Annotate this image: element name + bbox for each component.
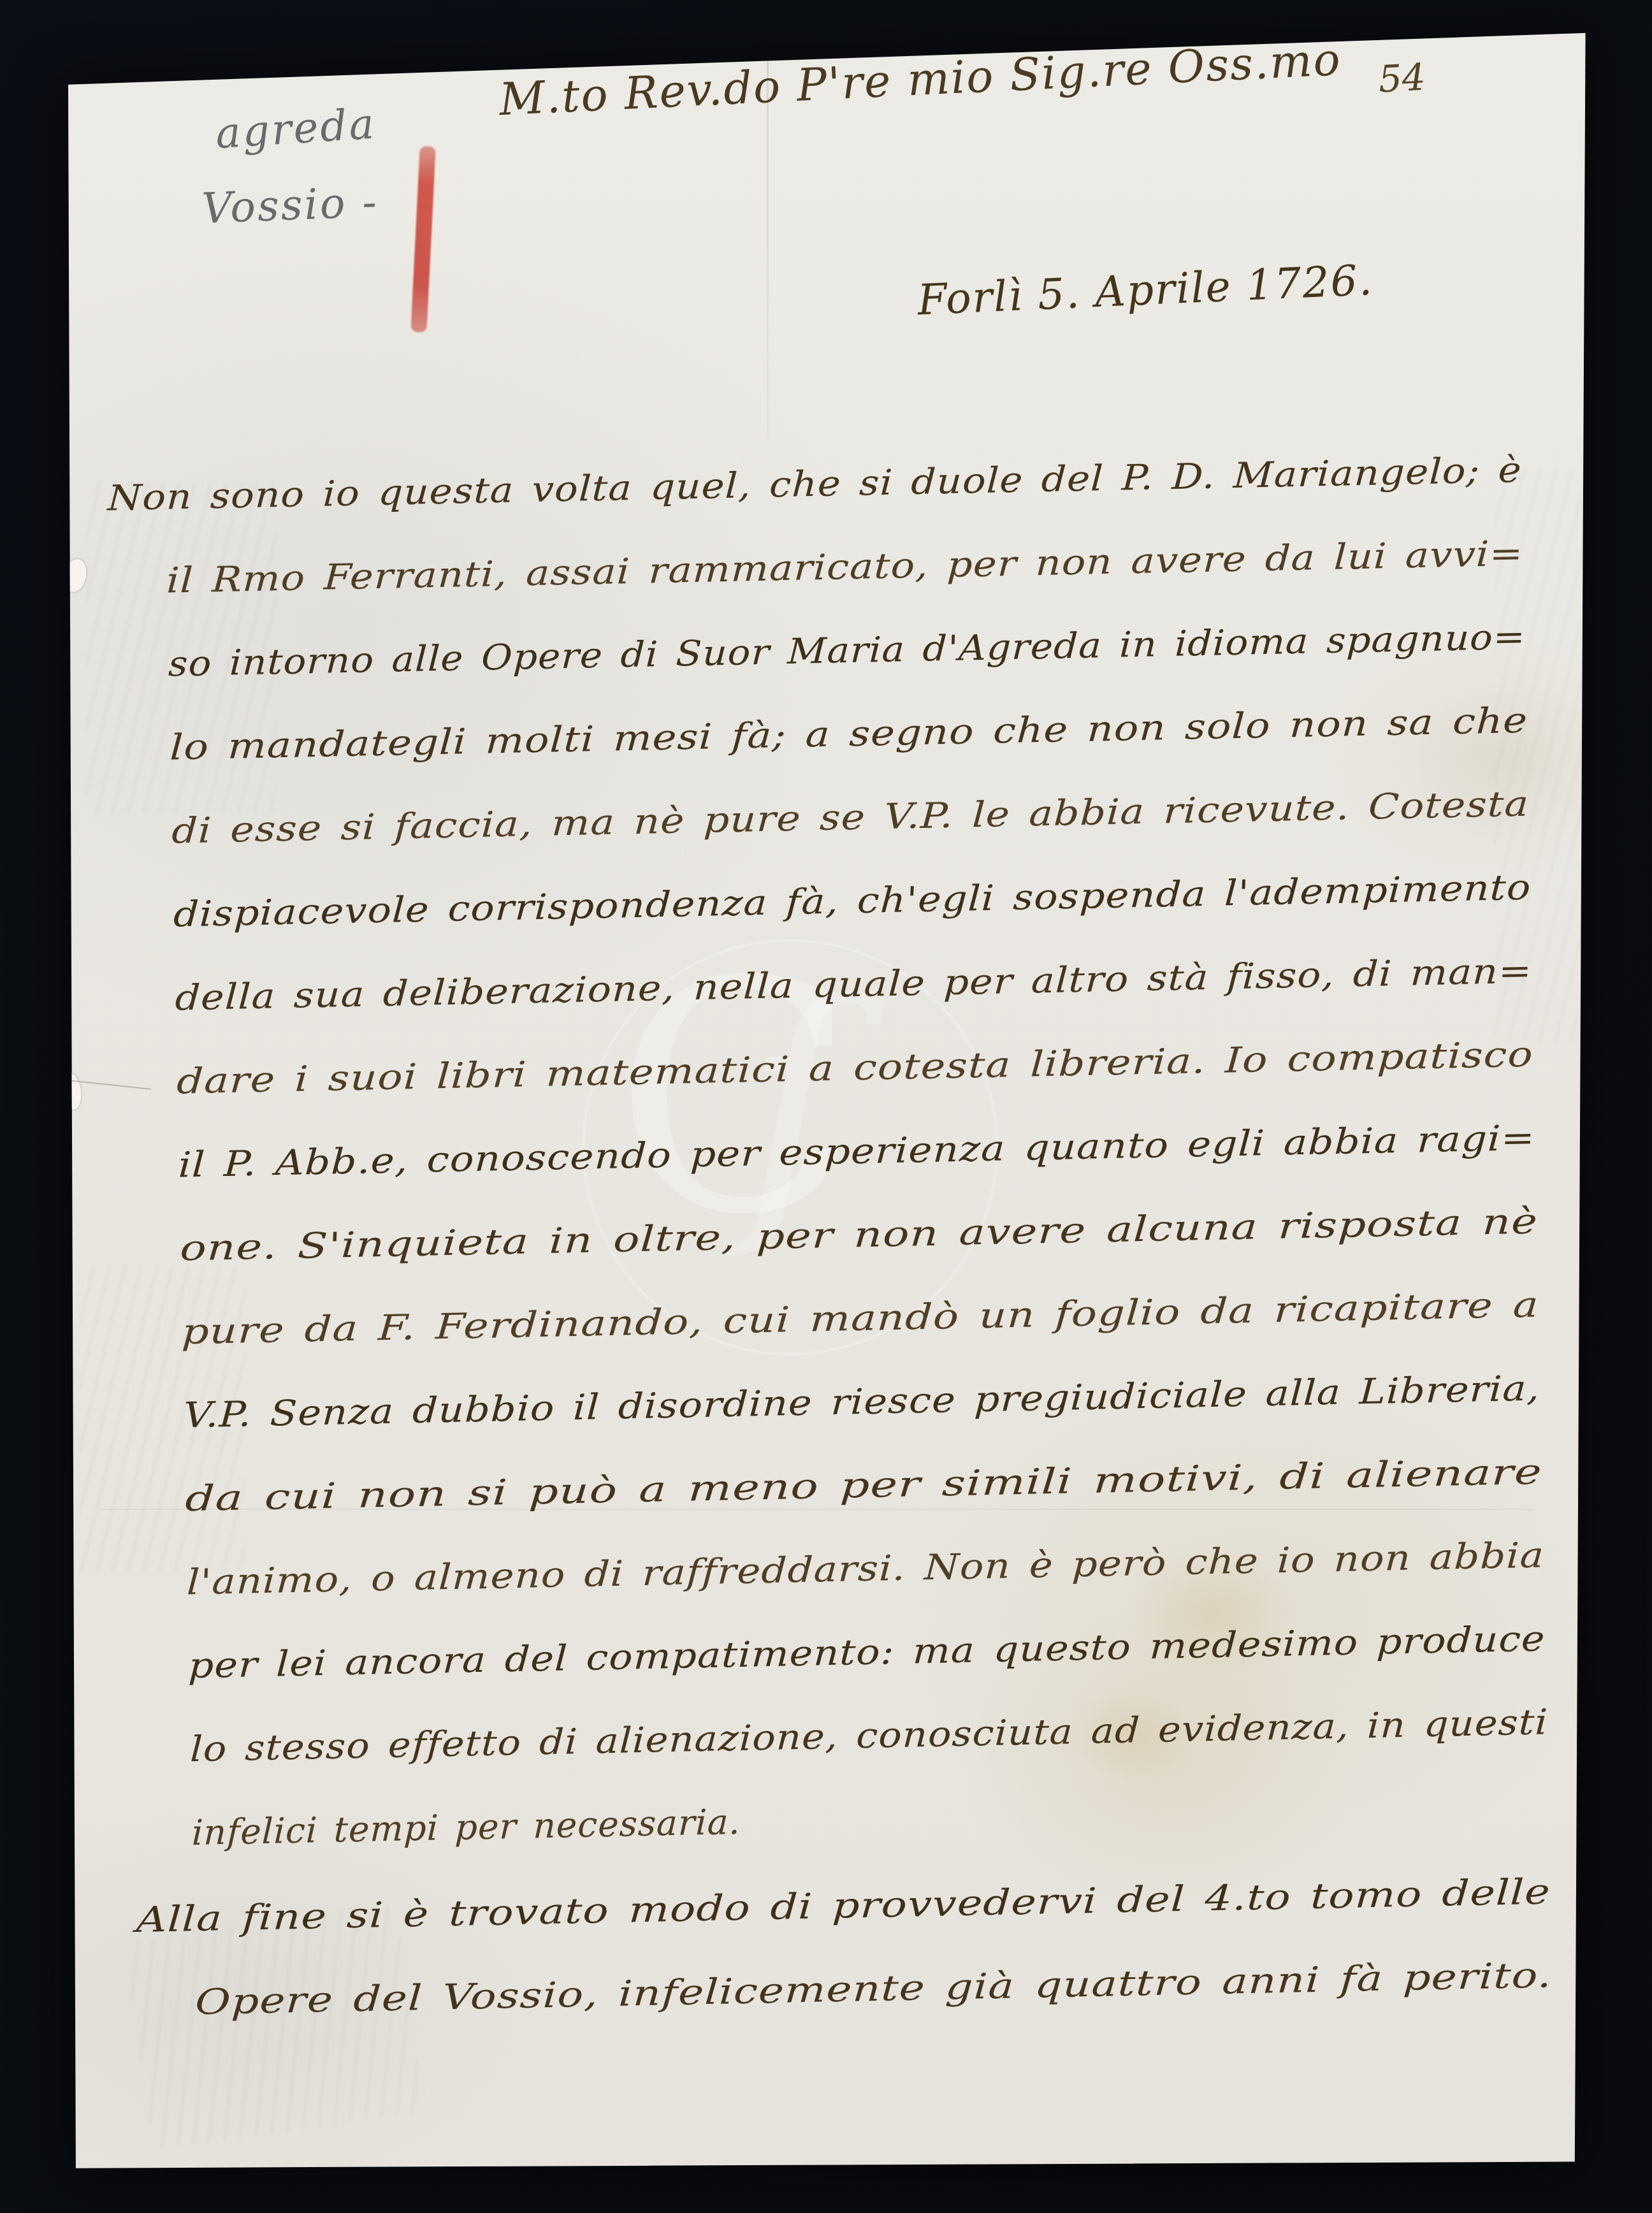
pencil-annotation-agreda: agreda (214, 99, 377, 158)
salutation-line: M.to Rev.do P're mio Sig.re Oss.mo (498, 33, 1342, 126)
red-crayon-mark (410, 146, 435, 333)
page-number: 54 (1377, 55, 1426, 101)
pencil-annotation-vossio: Vossio - (201, 177, 379, 233)
paper-surface: C ſ agreda Vossio - M.to Rev.do P're mio… (61, 22, 1587, 2170)
manuscript-content: agreda Vossio - M.to Rev.do P're mio Sig… (38, 7, 1607, 2185)
dateline: Forlì 5. Aprile 1726. (917, 256, 1374, 325)
body-lines: Non sono io questa volta quel, che si du… (91, 428, 1553, 2045)
letter-sheet: C ſ agreda Vossio - M.to Rev.do P're mio… (61, 22, 1587, 2170)
scanned-letter-photo: C ſ agreda Vossio - M.to Rev.do P're mio… (0, 0, 1652, 2213)
